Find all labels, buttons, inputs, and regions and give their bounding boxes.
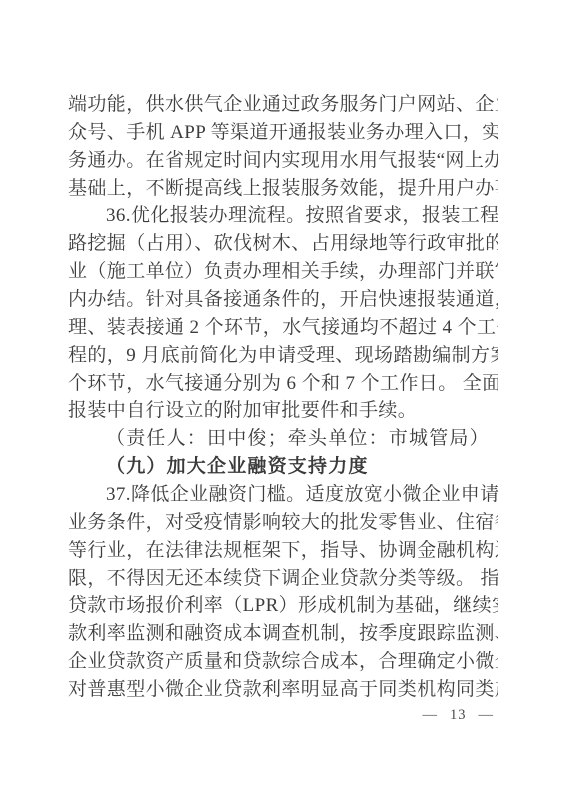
text-line: 理、装表接通 2 个环节，水气接通均不超过 4 个工作日；有外线工	[68, 314, 498, 342]
responsible-person-note: （责任人：田中俊；牵头单位：市城管局）	[68, 425, 498, 453]
text-line-paragraph-37-start: 37.降低企业融资门槛。适度放宽小微企业申请无还本续贷	[68, 481, 498, 509]
text-line: 款利率监测和融资成本调查机制，按季度跟踪监测、抽样调查小微	[68, 620, 498, 648]
page-footer: — 13 —	[423, 707, 495, 724]
text-line: 业（施工单位）负责办理相关手续，办理部门并联审批，5 个工作日	[68, 258, 498, 286]
text-line: 程的，9 月底前简化为申请受理、现场踏勘编制方案、验收接通 3	[68, 342, 498, 370]
text-line: 个环节，水气接通分别为 6 个和 7 个工作日。 全面取消在水电气	[68, 370, 498, 398]
text-line: 企业贷款资产质量和贷款综合成本，合理确定小微企业贷款利率。	[68, 648, 498, 676]
document-page: 端功能，供水供气企业通过政务服务门户网站、企业网站、微信公 众号、手机 APP …	[0, 0, 566, 800]
text-line: 贷款市场报价利率（LPR）形成机制为基础，继续实施小微企业贷	[68, 592, 498, 620]
text-line: 端功能，供水供气企业通过政务服务门户网站、企业网站、微信公	[68, 91, 498, 119]
section-heading-9: （九）加大企业融资支持力度	[68, 453, 498, 481]
text-line: 限，不得因无还本续贷下调企业贷款分类等级。 指导银行机构以	[68, 565, 498, 593]
page-number: 13	[450, 707, 467, 724]
text-block: 端功能，供水供气企业通过政务服务门户网站、企业网站、微信公 众号、手机 APP …	[68, 91, 498, 704]
footer-dash-right: —	[479, 707, 495, 724]
footer-dash-left: —	[423, 707, 439, 724]
text-line: 路挖掘（占用）、砍伐树木、占用绿地等行政审批的，由供水供气企	[68, 230, 498, 258]
text-line: 内办结。针对具备接通条件的，开启快速报装通道，简化为申请受	[68, 286, 498, 314]
text-line: 业务条件，对受疫情影响较大的批发零售业、住宿餐饮、文化旅游	[68, 509, 498, 537]
text-line: 报装中自行设立的附加审批要件和手续。	[68, 397, 498, 425]
text-line: 对普惠型小微企业贷款利率明显高于同类机构同类产品平均水平	[68, 676, 498, 704]
text-line: 务通办。在省规定时间内实现用水用气报装“网上办”“掌上办”的	[68, 147, 498, 175]
text-line: 基础上，不断提高线上报装服务效能，提升用户办事体验。	[68, 175, 498, 203]
text-line: 众号、手机 APP 等渠道开通报装业务办理入口，实行线上、线下业	[68, 119, 498, 147]
text-line-paragraph-36-start: 36.优化报装办理流程。按照省要求，报装工程涉及规划、道	[68, 202, 498, 230]
text-line: 等行业，在法律法规框架下，指导、协调金融机构适当延长续贷期	[68, 537, 498, 565]
